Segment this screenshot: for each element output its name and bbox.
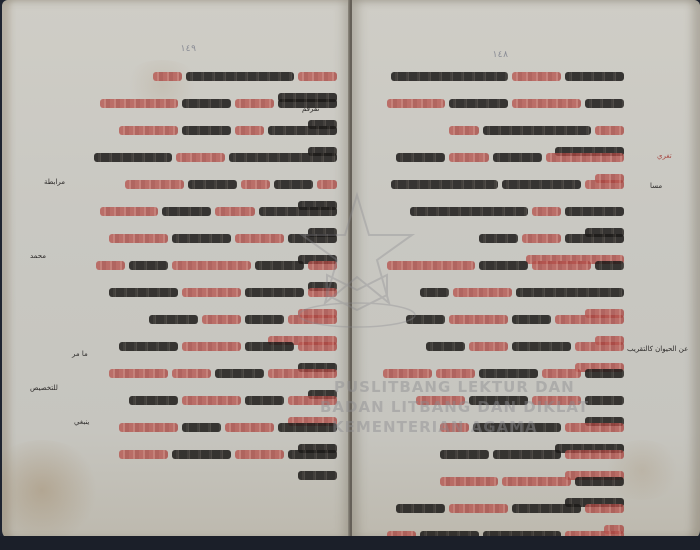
red-ink-segment <box>449 126 478 135</box>
folio-number-left: ١٤٩ <box>180 44 196 54</box>
black-ink-segment <box>278 423 337 432</box>
margin-note: ما مر <box>72 350 88 358</box>
red-ink-segment <box>383 369 432 378</box>
library-watermark <box>287 185 427 335</box>
watermark-line-1: PUSLITBANG LEKTUR DAN <box>334 378 575 396</box>
manuscript-line <box>374 465 624 492</box>
red-ink-segment <box>522 234 561 243</box>
red-ink-segment <box>565 450 624 459</box>
red-ink-segment <box>125 180 184 189</box>
star-emblem-icon <box>287 185 427 335</box>
manuscript-line <box>87 87 337 114</box>
red-ink-segment <box>235 99 274 108</box>
red-ink-segment <box>172 369 211 378</box>
manuscript-line <box>374 492 624 519</box>
black-ink-segment <box>410 207 528 216</box>
black-ink-segment <box>585 369 624 378</box>
red-ink-segment <box>565 423 624 432</box>
scan-background <box>0 536 700 550</box>
red-ink-segment <box>542 369 581 378</box>
red-ink-segment <box>100 99 178 108</box>
red-ink-segment <box>512 72 561 81</box>
black-ink-segment <box>129 261 168 270</box>
red-ink-segment <box>585 180 624 189</box>
red-ink-segment <box>532 261 591 270</box>
black-ink-segment <box>512 315 551 324</box>
black-ink-segment <box>440 450 489 459</box>
black-ink-segment <box>182 99 231 108</box>
black-ink-segment <box>479 234 518 243</box>
margin-note: للتخصيص <box>30 384 58 392</box>
black-ink-segment <box>298 471 337 480</box>
red-ink-segment <box>502 477 571 486</box>
black-ink-segment <box>229 153 337 162</box>
black-ink-segment <box>172 234 231 243</box>
red-ink-segment <box>585 504 624 513</box>
manuscript-line <box>87 438 337 465</box>
red-ink-segment <box>387 99 446 108</box>
red-ink-segment <box>298 342 337 351</box>
black-ink-segment <box>172 450 231 459</box>
black-ink-segment <box>502 180 580 189</box>
black-ink-segment <box>585 396 624 405</box>
red-ink-segment <box>119 423 178 432</box>
margin-note: عن الحيوان كالتقريب <box>627 345 688 353</box>
manuscript-spread: ١٤٩ ١٤٨ تقرقممرابطةمحمدللتخصيصما مرينبغي… <box>2 0 700 545</box>
red-ink-segment <box>153 72 182 81</box>
black-ink-segment <box>493 153 542 162</box>
black-ink-segment <box>493 450 562 459</box>
red-ink-segment <box>215 207 254 216</box>
red-ink-segment <box>225 423 274 432</box>
black-ink-segment <box>479 261 528 270</box>
red-ink-segment <box>119 126 178 135</box>
margin-note: محمد <box>30 252 46 260</box>
black-ink-segment <box>119 342 178 351</box>
red-ink-segment <box>440 477 499 486</box>
black-ink-segment <box>109 288 178 297</box>
black-ink-segment <box>565 207 624 216</box>
black-ink-segment <box>245 315 284 324</box>
black-ink-segment <box>245 396 284 405</box>
red-ink-segment <box>235 450 284 459</box>
manuscript-line <box>374 87 624 114</box>
black-ink-segment <box>391 72 509 81</box>
manuscript-line <box>87 411 337 438</box>
red-ink-segment <box>202 315 241 324</box>
red-ink-segment <box>119 450 168 459</box>
red-ink-segment <box>96 261 125 270</box>
black-ink-segment <box>396 153 445 162</box>
black-ink-segment <box>585 99 624 108</box>
red-ink-segment <box>182 396 241 405</box>
black-ink-segment <box>288 450 337 459</box>
black-ink-segment <box>479 369 538 378</box>
black-ink-segment <box>483 126 591 135</box>
black-ink-segment <box>188 180 237 189</box>
watermark-line-3: KEMENTERIAN AGAMA <box>332 418 538 436</box>
manuscript-line <box>87 114 337 141</box>
red-ink-segment <box>449 153 488 162</box>
manuscript-line <box>374 114 624 141</box>
folio-number-right: ١٤٨ <box>492 50 508 60</box>
watermark-line-2: BADAN LITBANG DAN DIKLAT <box>320 398 589 416</box>
margin-note: تغري <box>657 152 672 160</box>
black-ink-segment <box>426 342 465 351</box>
manuscript-line <box>87 357 337 384</box>
red-ink-segment <box>512 99 581 108</box>
black-ink-segment <box>449 99 508 108</box>
black-ink-segment <box>149 315 198 324</box>
black-ink-segment <box>512 342 571 351</box>
black-ink-segment <box>565 72 624 81</box>
black-ink-segment <box>516 288 624 297</box>
black-ink-segment <box>182 126 231 135</box>
black-ink-segment <box>565 234 624 243</box>
red-ink-segment <box>575 342 624 351</box>
black-ink-segment <box>396 504 445 513</box>
black-ink-segment <box>162 207 211 216</box>
red-ink-segment <box>298 72 337 81</box>
black-ink-segment <box>182 423 221 432</box>
black-ink-segment <box>94 153 172 162</box>
red-ink-segment <box>449 504 508 513</box>
red-ink-segment <box>241 180 270 189</box>
manuscript-line <box>87 141 337 168</box>
red-ink-segment <box>532 207 561 216</box>
red-ink-segment <box>172 261 250 270</box>
manuscript-line <box>374 141 624 168</box>
red-ink-segment <box>109 369 168 378</box>
red-ink-segment <box>100 207 159 216</box>
red-ink-segment <box>595 126 624 135</box>
black-ink-segment <box>575 477 624 486</box>
black-ink-segment <box>245 342 294 351</box>
margin-note: ينبغي <box>74 418 89 426</box>
black-ink-segment <box>129 396 178 405</box>
margin-note: تقرقم <box>302 105 319 113</box>
black-ink-segment <box>186 72 294 81</box>
manuscript-line <box>374 60 624 87</box>
red-ink-segment <box>182 288 241 297</box>
black-ink-segment <box>215 369 264 378</box>
red-ink-segment <box>449 315 508 324</box>
red-ink-segment <box>453 288 512 297</box>
red-ink-segment <box>436 369 475 378</box>
red-ink-segment <box>546 153 624 162</box>
black-ink-segment <box>268 126 337 135</box>
red-ink-segment <box>235 234 284 243</box>
manuscript-line <box>374 438 624 465</box>
red-ink-segment <box>182 342 241 351</box>
red-ink-segment <box>555 315 624 324</box>
red-ink-segment <box>268 369 337 378</box>
margin-note: مسا <box>650 182 662 190</box>
margin-note: مرابطة <box>44 178 65 186</box>
manuscript-line <box>87 60 337 87</box>
red-ink-segment <box>176 153 225 162</box>
red-ink-segment <box>109 234 168 243</box>
black-ink-segment <box>512 504 581 513</box>
manuscript-line <box>87 384 337 411</box>
black-ink-segment <box>595 261 624 270</box>
red-ink-segment <box>235 126 264 135</box>
red-ink-segment <box>469 342 508 351</box>
